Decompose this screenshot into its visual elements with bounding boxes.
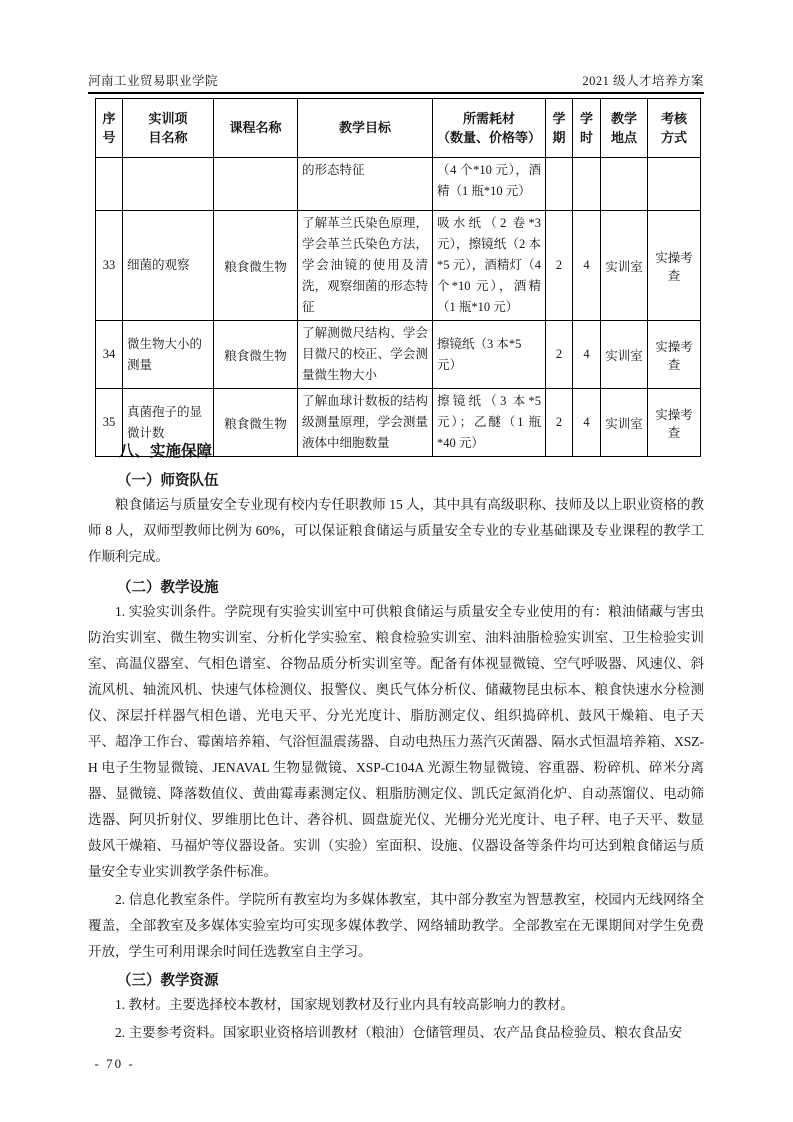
table-row-33: 33 细菌的观察 粮食微生物 了解革兰氏染色原理，学会革兰氏染色方法，学会油镜的… <box>96 211 701 321</box>
cell-location: 实训室 <box>601 211 648 321</box>
cell-objective: 了解测微尺结构、学会目微尺的校正、学会测量微生物大小 <box>298 321 433 389</box>
col-header-objective: 教学目标 <box>298 99 433 158</box>
col-header-materials: 所需耗材 （数量、价格等） <box>433 99 546 158</box>
subsection-heading-teaching-resources: （三）教学资源 <box>88 969 704 990</box>
col-header-assessment: 考核 方式 <box>648 99 701 158</box>
header-plan-title: 2021 级人才培养方案 <box>582 71 704 89</box>
cell-hours: 4 <box>573 321 601 389</box>
col-header-course: 课程名称 <box>214 99 298 158</box>
cell-assessment: 实操考查 <box>648 211 701 321</box>
paragraph-faculty: 粮食储运与质量安全专业现有校内专任职教师 15 人，其中具有高级职称、技师及以上… <box>88 492 704 570</box>
cell-course <box>214 158 298 211</box>
subsection-heading-faculty: （一）师资队伍 <box>88 469 704 490</box>
document-body: 八、实施保障 （一）师资队伍 粮食储运与质量安全专业现有校内专任职教师 15 人… <box>88 431 704 1072</box>
document-page: 河南工业贸易职业学院 2021 级人才培养方案 序 号 实训项 目名称 课程名称… <box>0 0 793 1122</box>
cell-objective: 了解革兰氏染色原理，学会革兰氏染色方法，学会油镜的使用及清洗，观察细菌的形态特征 <box>298 211 433 321</box>
running-header: 河南工业贸易职业学院 2021 级人才培养方案 <box>88 71 704 89</box>
table-row-continuation: 的形态特征 （4 个*10 元），酒精（1 瓶*10 元） <box>96 158 701 211</box>
training-items-table: 序 号 实训项 目名称 课程名称 教学目标 所需耗材 （数量、价格等） 学 期 … <box>95 98 701 457</box>
cell-hours <box>573 158 601 211</box>
section-heading-implementation-support: 八、实施保障 <box>88 439 704 461</box>
col-header-location: 教学 地点 <box>601 99 648 158</box>
paragraph-textbooks: 1. 教材。主要选择校本教材，国家规划教材及行业内具有较高影响力的教材。 <box>88 992 704 1018</box>
cell-no: 33 <box>96 211 123 321</box>
cell-course: 粮食微生物 <box>214 211 298 321</box>
cell-course: 粮食微生物 <box>214 321 298 389</box>
cell-semester: 2 <box>546 321 573 389</box>
paragraph-lab-conditions: 1. 实验实训条件。学院现有实验实训室中可供粮食储运与质量安全专业使用的有：粮油… <box>88 599 704 885</box>
cell-no: 34 <box>96 321 123 389</box>
cell-semester: 2 <box>546 211 573 321</box>
cell-location <box>601 158 648 211</box>
cell-project: 微生物大小的测量 <box>123 321 214 389</box>
cell-no <box>96 158 123 211</box>
cell-materials: （4 个*10 元），酒精（1 瓶*10 元） <box>433 158 546 211</box>
cell-assessment: 实操考查 <box>648 321 701 389</box>
col-header-semester: 学 期 <box>546 99 573 158</box>
table-row-34: 34 微生物大小的测量 粮食微生物 了解测微尺结构、学会目微尺的校正、学会测量微… <box>96 321 701 389</box>
header-divider <box>88 92 704 94</box>
cell-hours: 4 <box>573 211 601 321</box>
cell-materials: 吸水纸（2 卷*3 元），擦镜纸（2 本*5 元），酒精灯（4 个*10 元），… <box>433 211 546 321</box>
cell-materials: 擦镜纸（3 本*5 元） <box>433 321 546 389</box>
subsection-heading-facilities: （二）教学设施 <box>88 576 704 597</box>
cell-assessment <box>648 158 701 211</box>
cell-semester <box>546 158 573 211</box>
header-school-name: 河南工业贸易职业学院 <box>88 71 218 89</box>
cell-location: 实训室 <box>601 321 648 389</box>
paragraph-reference-materials: 2. 主要参考资料。国家职业资格培训教材（粮油）仓储管理员、农产品食品检验员、粮… <box>88 1020 704 1046</box>
table-header-row: 序 号 实训项 目名称 课程名称 教学目标 所需耗材 （数量、价格等） 学 期 … <box>96 99 701 158</box>
cell-project <box>123 158 214 211</box>
cell-project: 细菌的观察 <box>123 211 214 321</box>
col-header-project: 实训项 目名称 <box>123 99 214 158</box>
cell-objective: 的形态特征 <box>298 158 433 211</box>
col-header-hours: 学 时 <box>573 99 601 158</box>
page-number: - 70 - <box>88 1056 704 1072</box>
col-header-no: 序 号 <box>96 99 123 158</box>
paragraph-informatization-classrooms: 2. 信息化教室条件。学院所有教室均为多媒体教室，其中部分教室为智慧教室，校园内… <box>88 887 704 965</box>
